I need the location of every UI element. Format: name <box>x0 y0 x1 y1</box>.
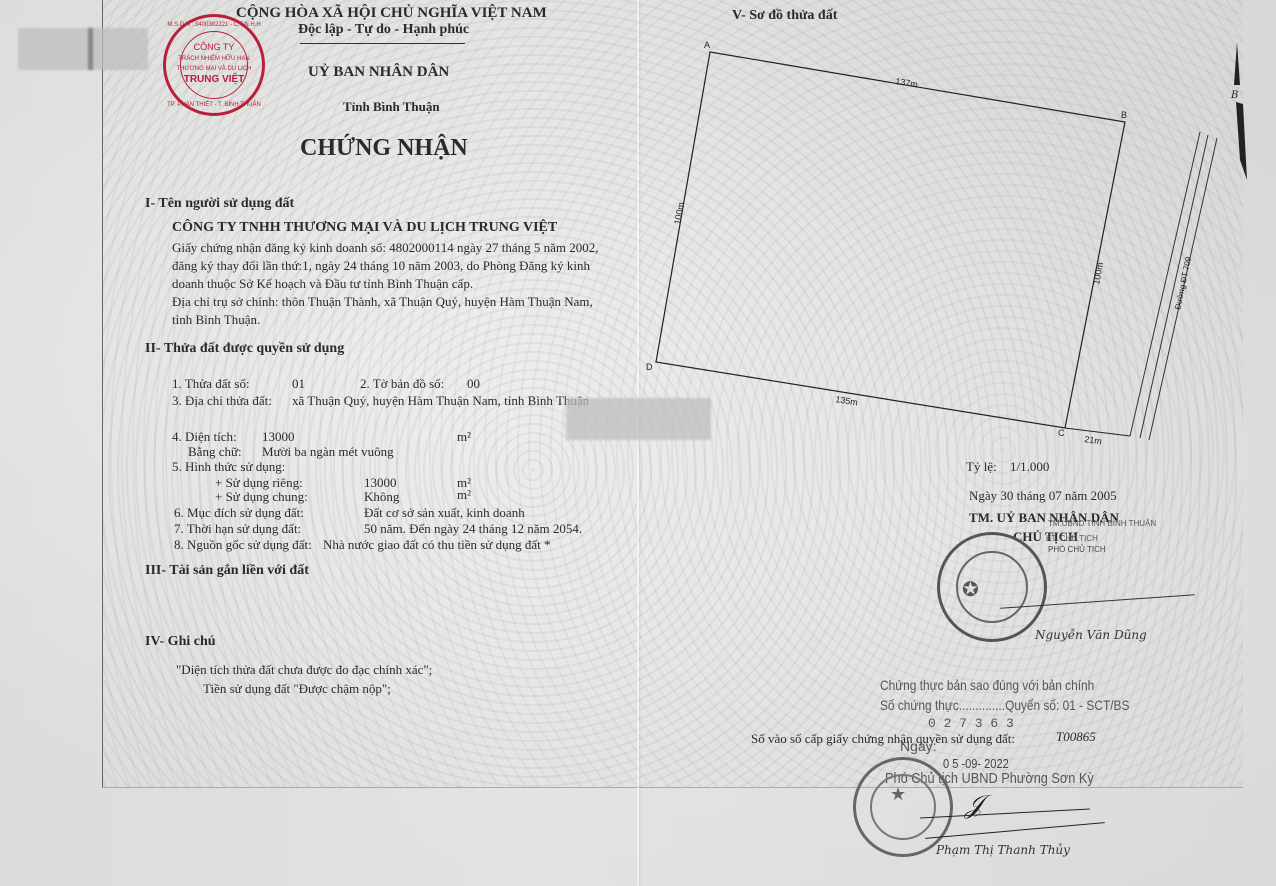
road-offset-line <box>1065 428 1130 436</box>
north-label: B <box>1230 90 1238 101</box>
certifier-name-signature: Phạm Thị Thanh Thủy <box>936 843 1070 857</box>
company-stamp-line: THƯƠNG MẠI VÀ DU LỊCH <box>166 65 262 74</box>
national-emblem-icon: ✪ <box>962 577 979 602</box>
map-sheet-value: 00 <box>467 376 480 392</box>
company-stamp-city: TP. PHAN THIẾT - T. BÌNH THUẬN <box>166 101 262 110</box>
certification-serial: 0 2 7 3 6 3 <box>928 716 1014 731</box>
owner-detail-line: Giấy chứng nhận đăng ký kinh doanh số: 4… <box>172 240 598 256</box>
motto-underline <box>300 43 465 44</box>
parcel-number-label: 1. Thửa đất số: <box>172 376 250 392</box>
section-1-heading: I- Tên người sử dụng đất <box>145 196 294 212</box>
note-line: "Diện tích thửa đất chưa được đo đạc chí… <box>176 662 432 678</box>
purpose-value: Đất cơ sở sản xuất, kinh doanh <box>364 505 525 521</box>
parcel-address-value: xã Thuận Quý, huyện Hàm Thuận Nam, tỉnh … <box>292 393 589 409</box>
section-5-heading: V- Sơ đồ thửa đất <box>732 8 837 24</box>
shared-use-unit: m² <box>457 487 471 503</box>
note-line: Tiền sử dụng đất "Được chậm nộp"; <box>203 681 391 697</box>
redacted-patch <box>18 28 148 70</box>
purpose-label: 6. Mục đích sử dụng đất: <box>174 505 304 521</box>
issue-date: Ngày 30 tháng 07 năm 2005 <box>969 488 1117 504</box>
company-stamp-tax-id: M.S.D.N : 3400382221 - C.T.N.H.H <box>166 21 262 30</box>
certifier-signature-mark: 𝒥 <box>965 790 983 821</box>
vertex-c-label: C <box>1058 428 1065 438</box>
certification-date-label: Ngày: <box>900 738 937 754</box>
document-title: CHỨNG NHẬN <box>300 135 468 162</box>
province-seal: ✪ <box>937 532 1047 642</box>
certification-date: 0 5 -09- 2022 <box>943 756 1009 771</box>
origin-value: Nhà nước giao đất có thu tiền sử dụng đấ… <box>323 537 550 553</box>
road-name-label: Đường ĐT 709 <box>1173 256 1193 311</box>
owner-name: CÔNG TY TNHH THƯƠNG MẠI VÀ DU LỊCH TRUNG… <box>172 220 557 236</box>
vertex-b-label: B <box>1121 110 1127 120</box>
registry-number: T00865 <box>1056 729 1096 745</box>
north-arrow-icon <box>1234 42 1240 85</box>
owner-detail-line: doanh thuộc Sở Kế hoạch và Đầu tư tỉnh B… <box>172 276 473 292</box>
edge-da-label: 100m <box>672 201 686 225</box>
scale-label: Tỷ lệ: <box>966 459 997 475</box>
redacted-patch-edge <box>88 28 93 70</box>
area-value: 13000 <box>262 429 295 445</box>
shared-use-value: Không <box>364 489 399 505</box>
ward-seal: ★ <box>853 757 953 857</box>
registry-label: Số vào sổ cấp giấy chứng nhận quyền sử d… <box>751 731 1015 747</box>
star-icon: ★ <box>890 784 906 805</box>
shared-use-label: + Sử dụng chung: <box>215 489 308 505</box>
vertex-a-label: A <box>704 40 710 50</box>
section-2-heading: II- Thửa đất được quyền sử dụng <box>145 341 344 357</box>
vertex-d-label: D <box>646 362 653 372</box>
term-value: 50 năm. Đến ngày 24 tháng 12 năm 2054. <box>364 521 582 537</box>
company-stamp-line: CÔNG TY <box>166 43 262 52</box>
certification-line: Chứng thực bản sao đúng với bản chính <box>880 677 1094 693</box>
origin-label: 8. Nguồn gốc sử dụng đất: <box>174 537 312 553</box>
map-sheet-label: 2. Tờ bản đồ số: <box>360 376 444 392</box>
company-stamp-name: TRUNG VIỆT <box>166 75 262 84</box>
parcel-boundary <box>656 52 1125 428</box>
term-label: 7. Thời hạn sử dụng đất: <box>174 521 301 537</box>
authority-title: UỶ BAN NHÂN DÂN <box>308 64 449 81</box>
scale-value: 1/1.000 <box>1010 459 1049 475</box>
usage-form-label: 5. Hình thức sử dụng: <box>172 459 285 475</box>
area-in-words-label: Bằng chữ: <box>188 444 242 460</box>
edge-bc-label: 100m <box>1091 261 1105 285</box>
edge-ab-label: 137m <box>895 76 919 89</box>
stamp-overlay-text: PHÓ CHỦ TỊCH <box>1048 545 1106 554</box>
road-center-line <box>1140 135 1208 438</box>
area-in-words-value: Mười ba ngàn mét vuông <box>262 444 394 460</box>
road-offset-label: 21m <box>1084 434 1103 446</box>
north-arrow-tail-icon <box>1236 102 1247 180</box>
national-motto: Độc lập - Tự do - Hạnh phúc <box>298 22 469 38</box>
province-name: Tỉnh Bình Thuận <box>343 99 440 115</box>
national-header: CỘNG HÒA XÃ HỘI CHỦ NGHĨA VIỆT NAM <box>236 5 547 22</box>
parcel-diagram: A B C D 137m 100m 135m 100m 21m Đường ĐT… <box>640 40 1276 450</box>
stamp-overlay-text: TM.UBND TỈNH BÌNH THUẬN <box>1048 519 1156 528</box>
owner-detail-line: Địa chỉ trụ sở chính: thôn Thuận Thành, … <box>172 294 593 310</box>
company-stamp: M.S.D.N : 3400382221 - C.T.N.H.H CÔNG TY… <box>163 14 265 116</box>
owner-detail-line: đăng ký thay đổi lần thứ:1, ngày 24 thán… <box>172 258 590 274</box>
stamp-overlay-text: KT. CHỦ TỊCH <box>1046 534 1098 543</box>
certification-number-line: Số chứng thực..............Quyển số: 01 … <box>880 697 1129 713</box>
company-stamp-line: TRÁCH NHIỆM HỮU HẠN <box>166 55 262 64</box>
area-label: 4. Diện tích: <box>172 429 237 445</box>
owner-detail-line: tỉnh Bình Thuận. <box>172 312 260 328</box>
edge-cd-label: 135m <box>835 394 859 407</box>
page-fold <box>637 0 639 886</box>
section-3-heading: III- Tài sản gắn liền với đất <box>145 563 309 579</box>
parcel-address-label: 3. Địa chỉ thửa đất: <box>172 393 272 409</box>
section-4-heading: IV- Ghi chú <box>145 634 216 650</box>
parcel-number-value: 01 <box>292 376 305 392</box>
road-edge-line <box>1130 132 1200 436</box>
signer-name-signature: Nguyễn Văn Dũng <box>1035 628 1147 642</box>
area-unit: m² <box>457 429 471 445</box>
